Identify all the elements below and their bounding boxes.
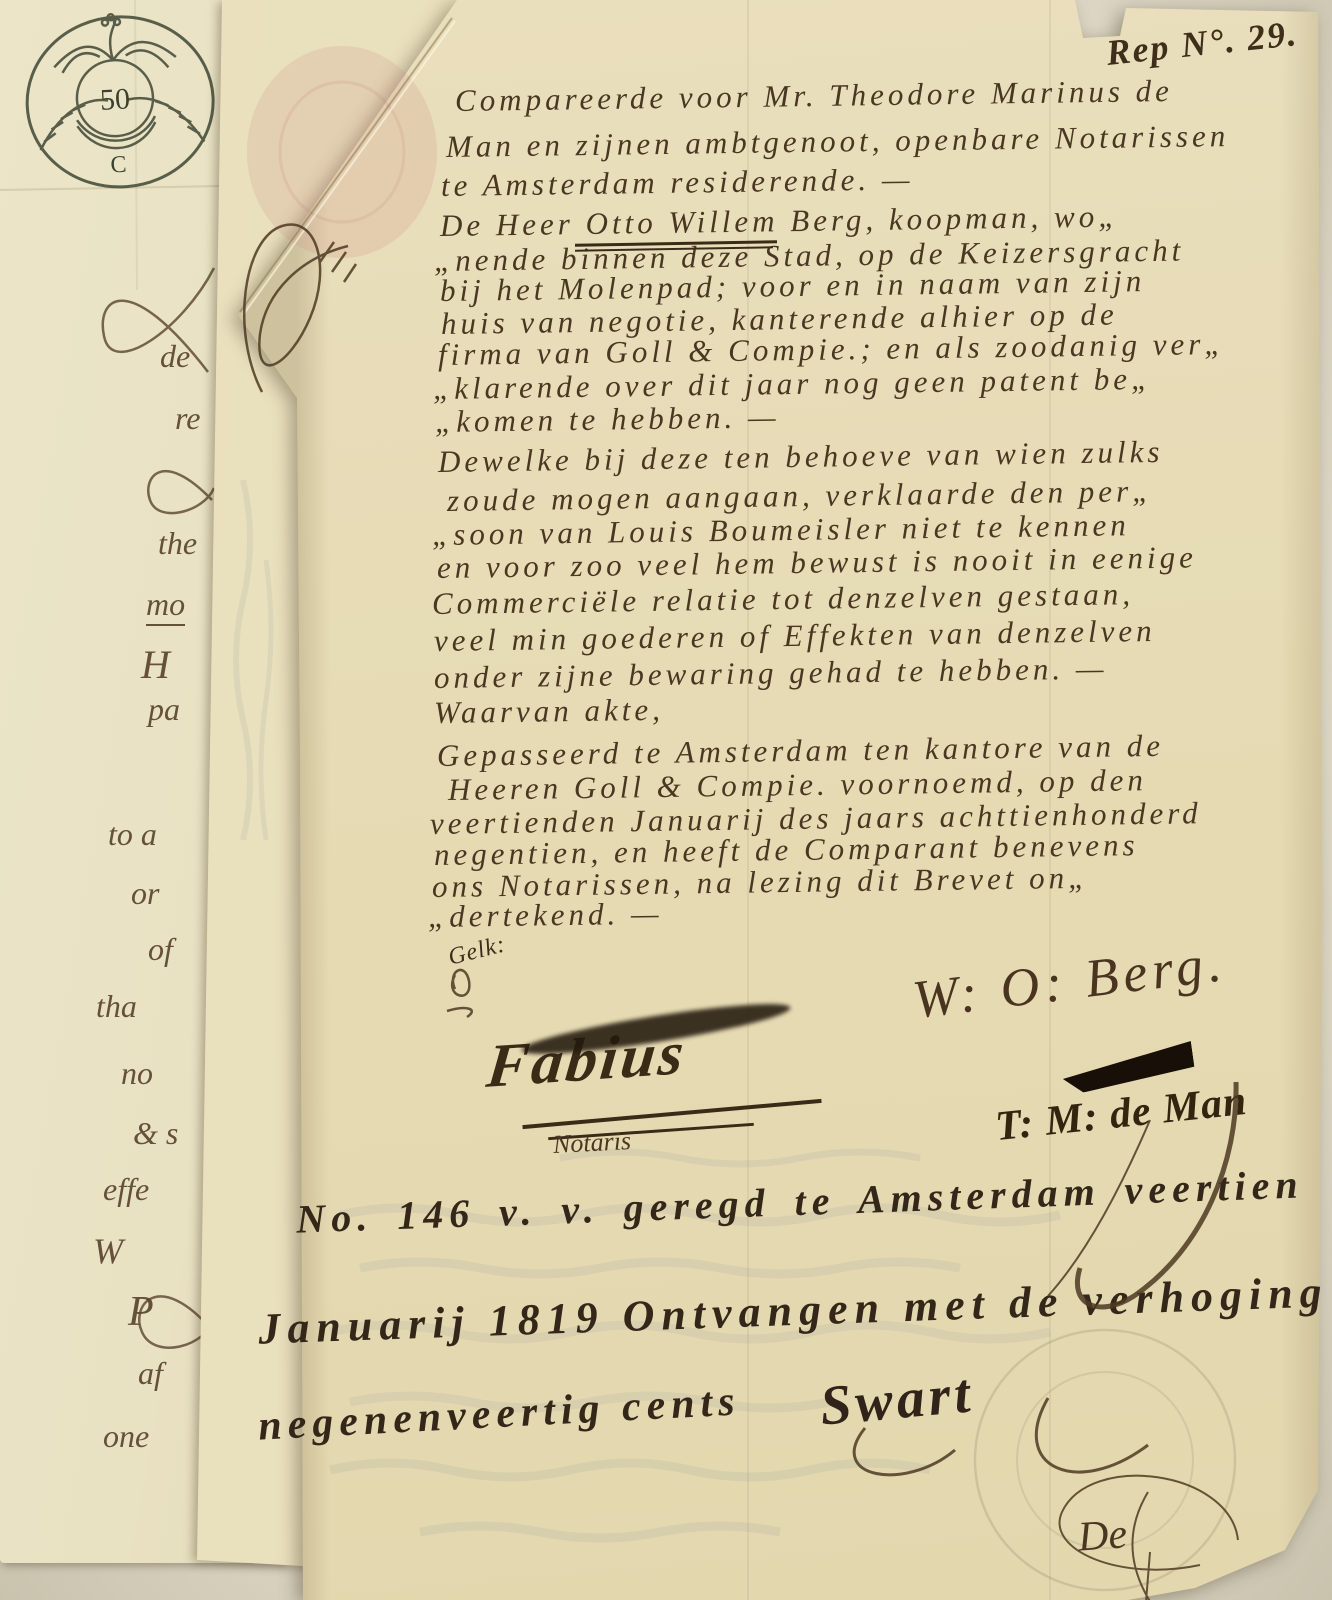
deed-line: Dewelke bij deze ten behoeve van wien zu… <box>438 434 1164 480</box>
page-fragment: or <box>131 875 159 912</box>
signature-registrar: Swart <box>818 1361 977 1438</box>
page-fragment: to a <box>108 816 157 853</box>
page-fragment: de <box>160 338 190 375</box>
page-fragment: & s <box>133 1115 178 1152</box>
signature-flourish-line <box>522 1099 821 1129</box>
deed-line: Compareerde voor Mr. Theodore Marinus de <box>455 73 1173 119</box>
page-fragment: no <box>121 1055 153 1092</box>
repertorium-number: Rep N°. 29. <box>1104 12 1300 74</box>
page-fragment: pa <box>148 691 180 728</box>
deed-line: te Amsterdam residerende. — <box>441 161 914 204</box>
deed-line: Waarvan akte, <box>434 692 664 731</box>
underlying-page-left: 50 C de re the mo H pa to a or of tha no… <box>0 0 285 1563</box>
page-fragment: of <box>148 931 173 968</box>
page-fragment: af <box>138 1355 163 1392</box>
signature-berg: W: O: Berg. <box>909 931 1229 1031</box>
page-fragment: tha <box>96 988 137 1025</box>
page-fragment: re <box>175 400 200 437</box>
deed-line: „dertekend. — <box>428 896 663 935</box>
manuscript-photo: 50 C de re the mo H pa to a or of tha no… <box>0 0 1332 1600</box>
registration-note-line: Januarij 1819 Ontvangen met de verhoging <box>257 1266 1329 1354</box>
page-fragment: the <box>158 525 197 562</box>
page-fragment: mo <box>146 586 185 626</box>
deed-line: Man en zijnen ambtgenoot, openbare Notar… <box>446 118 1230 165</box>
page-fragment: one <box>103 1418 149 1455</box>
catchword: De <box>1076 1510 1128 1561</box>
page-fragment: effe <box>103 1171 149 1208</box>
deed-line: „komen te hebben. — <box>435 399 780 440</box>
page-fragment: P <box>128 1288 154 1336</box>
registration-note-line: No. 146 v. v. geregd te Amsterdam veerti… <box>295 1160 1304 1242</box>
page-fragment: W <box>93 1230 123 1272</box>
gelk-flourish <box>447 970 472 1017</box>
marginal-check-note: Gelk: <box>446 931 509 971</box>
signature-title: Notaris <box>552 1126 631 1160</box>
signature-de-man: T: M: de Man <box>993 1077 1249 1151</box>
registration-note-line: negenenveertig cents <box>257 1377 742 1450</box>
page-fragment: H <box>141 641 170 688</box>
